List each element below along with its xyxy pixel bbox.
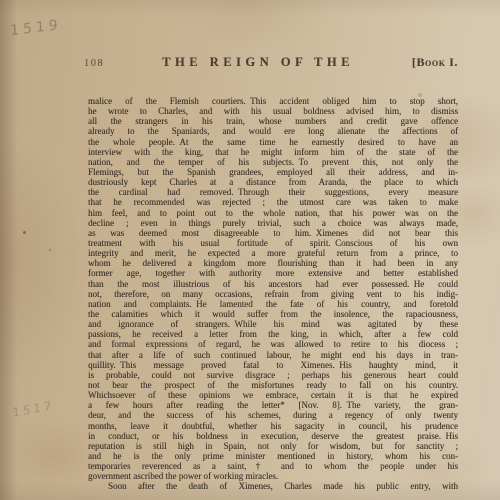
text-line: that he recommended was rejected ; the u… <box>88 197 458 207</box>
text-line: he wrote to Charles, and with his usual … <box>88 106 458 116</box>
running-title: THE REIGN OF THE <box>162 55 354 70</box>
text-line: him feel, and to point out to the whole … <box>88 208 458 218</box>
text-line: deur, and the success of his schemes, du… <box>88 410 458 420</box>
text-line: quillity. This message proved fatal to X… <box>88 360 458 370</box>
text-line: nation, and the temper of his subjects. … <box>88 157 458 167</box>
text-line: integrity and merit, he expected a more … <box>88 248 458 258</box>
text-line: decline ; even in things purely trivial,… <box>88 218 458 228</box>
text-line: in conduct, or his boldness in execution… <box>88 431 458 441</box>
page-number: 108 <box>84 58 104 69</box>
text-line: former age, together with authority more… <box>88 268 458 278</box>
text-line: and ignorance of strangers. While his mi… <box>88 319 458 329</box>
page-header: 108 THE REIGN OF THE [Book I. <box>84 55 458 70</box>
text-line: a few hours after reading the letter* [N… <box>88 400 458 410</box>
text-line: nation and complaints. He lamented the f… <box>88 299 458 309</box>
text-line: government ascribed the power of working… <box>88 471 458 481</box>
text-line: reputation is still high in Spain, not o… <box>88 441 458 451</box>
text-line: Flemings, but the Spanish grandees, empl… <box>88 167 458 177</box>
text-line: Whichsoever of these opinions we embrace… <box>88 390 458 400</box>
text-line: than the most illustrious of his ancesto… <box>88 279 458 289</box>
book-page: 1519 1517 108 THE REIGN OF THE [Book I. … <box>0 0 500 500</box>
text-line: and he is the only prime minister mentio… <box>88 451 458 461</box>
text-line: interview with the king, that he might i… <box>88 147 458 157</box>
text-line: whom he delivered a kingdom more flouris… <box>88 258 458 268</box>
text-line: temporaries reverenced as a saint,† and … <box>88 461 458 471</box>
text-line: passions, he received a letter from the … <box>88 329 458 339</box>
paper-speck <box>49 249 51 251</box>
text-line: the calamities which it would suffer fro… <box>88 309 458 319</box>
book-label: [Book I. <box>412 55 458 70</box>
text-line: is probable, could not survive disgrace … <box>88 370 458 380</box>
handwritten-note-left: 1517 <box>12 398 55 419</box>
text-line: all the strangers in his train, whose nu… <box>88 116 458 126</box>
paper-speck <box>23 231 26 234</box>
text-line: malice of the Flemish courtiers. This ac… <box>88 96 458 106</box>
text-line: as was deemed most disagreeable to him. … <box>88 228 458 238</box>
text-line: the cardinal had removed. Through their … <box>88 187 458 197</box>
text-line: the whole people. At the same time he ea… <box>88 137 458 147</box>
text-line: dustriously kept Charles at a distance f… <box>88 177 458 187</box>
text-line: that after a life of such continued labo… <box>88 350 458 360</box>
text-line: not bear the prospect of the misfortunes… <box>88 380 458 390</box>
text-line: Soon after the death of Ximenes, Charles… <box>88 481 458 491</box>
text-line: and formal expressions of regard, he was… <box>88 339 458 349</box>
handwritten-note-top: 1519 <box>10 17 62 39</box>
text-body: malice of the Flemish courtiers. This ac… <box>88 96 458 491</box>
text-line: already to the Spaniards, and would ere … <box>88 126 458 136</box>
text-line: months, leave it doubtful, whether his s… <box>88 421 458 431</box>
text-line: not, therefore, on many occasions, refra… <box>88 289 458 299</box>
text-line: treatment with his usual fortitude of sp… <box>88 238 458 248</box>
